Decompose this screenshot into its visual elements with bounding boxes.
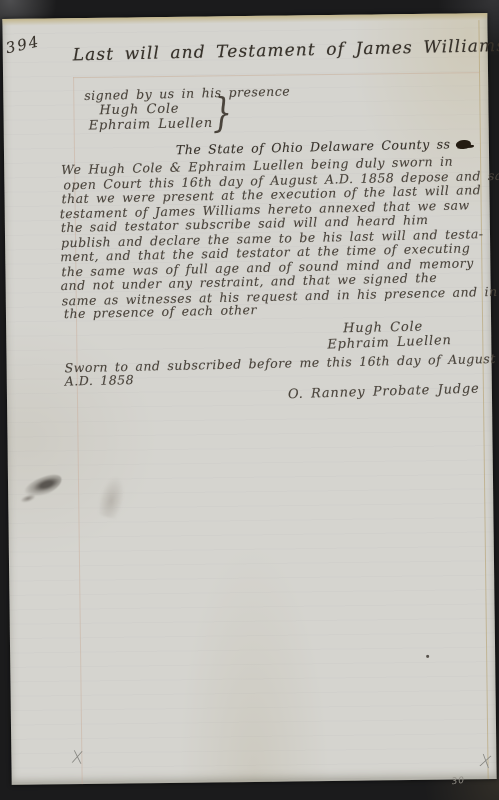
corner-page-notation: 30 bbox=[451, 776, 466, 788]
ink-smudge bbox=[21, 472, 65, 502]
right-page-edge-line bbox=[478, 20, 488, 779]
jurat-line-2: A.D. 1858 bbox=[65, 372, 135, 389]
scanned-ledger-photo: { "colors": { "paper": "#d5d4cf", "ink":… bbox=[0, 0, 499, 800]
ink-blot bbox=[455, 140, 470, 149]
signature-probate-judge: O. Ranney Probate Judge bbox=[288, 382, 480, 403]
ledger-page: 394 Last will and Testament of James Wil… bbox=[2, 13, 496, 785]
attestation-intro: signed by us in his presence bbox=[84, 83, 290, 102]
deposition-line: the presence of each other bbox=[64, 302, 257, 321]
attesting-witness-1: Hugh Cole bbox=[99, 101, 179, 118]
signature-witness-2: Ephraim Luellen bbox=[327, 333, 452, 353]
page-number: 394 bbox=[4, 32, 42, 57]
witness-brace: } bbox=[212, 90, 233, 137]
ink-speck bbox=[426, 655, 429, 658]
page-title: Last will and Testament of James William… bbox=[73, 35, 499, 65]
header-rule-line bbox=[73, 72, 479, 78]
attesting-witness-2: Ephraim Luellen bbox=[88, 116, 213, 134]
faint-smudge bbox=[95, 473, 129, 520]
pencil-x-mark-right: X bbox=[477, 751, 493, 773]
